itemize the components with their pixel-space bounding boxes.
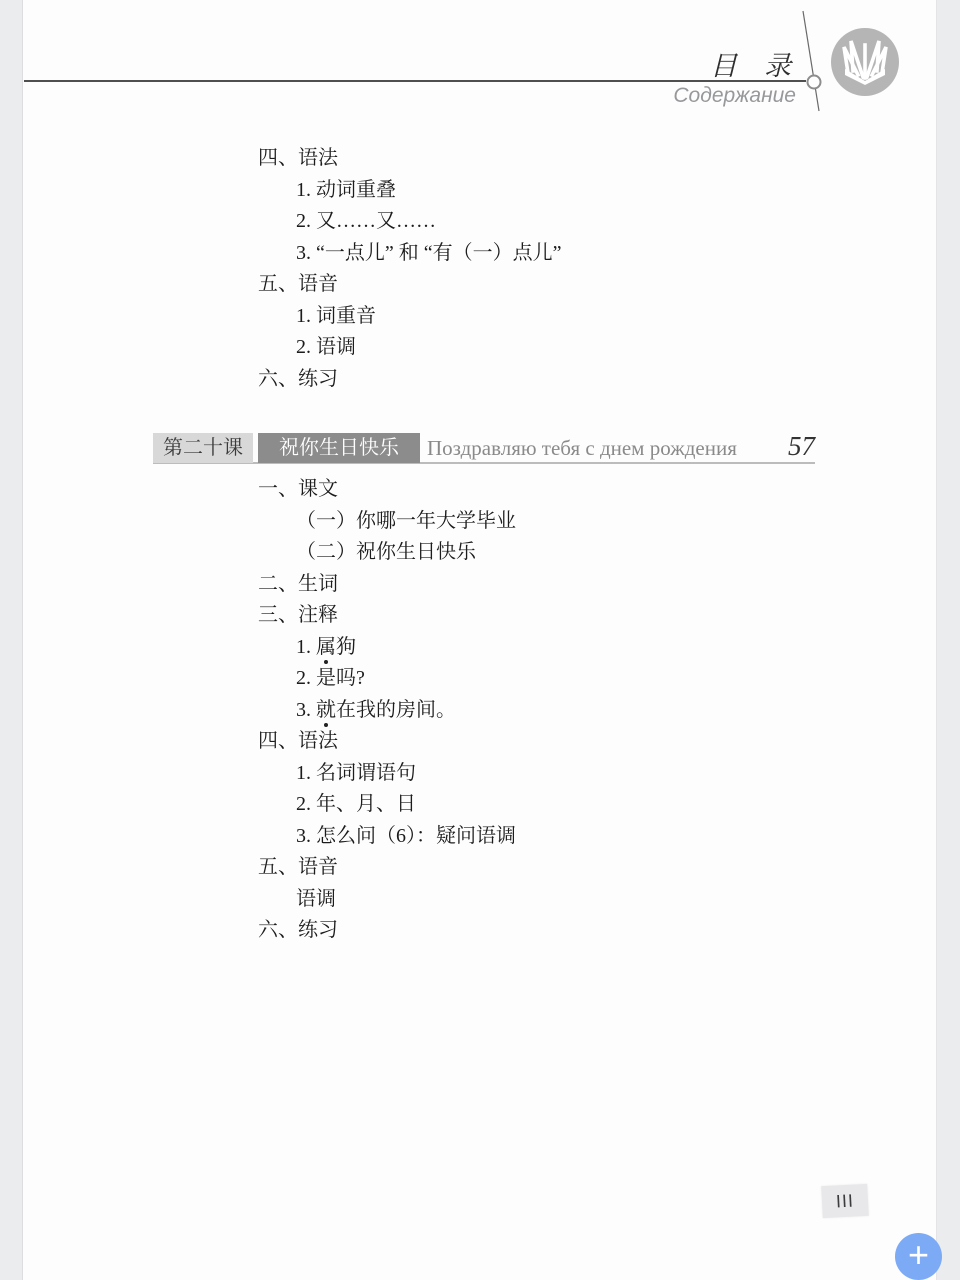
plus-icon: + (908, 1234, 929, 1275)
toc-item: 3. 就在我的房间。 (258, 695, 858, 727)
lesson-title-chinese: 祝你生日快乐 (258, 433, 420, 463)
toc-section: 二、生词 (258, 569, 858, 601)
toc-item-text: 3. (296, 699, 316, 721)
toc-lesson-20: 一、课文 （一）你哪一年大学毕业 （二）祝你生日快乐 二、生词 三、注释 1. … (258, 474, 858, 947)
toc-item: 1. 动词重叠 (258, 175, 858, 207)
toc-item: 2. 语调 (258, 332, 858, 364)
toc-section: 三、注释 (258, 600, 858, 632)
toc-previous-lesson: 四、语法 1. 动词重叠 2. 又……又…… 3. “一点儿” 和 “有（一）点… (258, 143, 858, 395)
toc-page: { "header": { "title_cn": "目 录", "title_… (0, 0, 960, 1280)
toc-item-emphasized-char: 就 (316, 695, 336, 727)
toc-item: 3. “一点儿” 和 “有（一）点儿” (258, 238, 858, 270)
divider-ornament-icon (793, 6, 833, 118)
toc-item: 语调 (258, 884, 858, 916)
add-button[interactable]: + (895, 1233, 942, 1280)
page-title: 目 录 (600, 44, 791, 83)
toc-item: 3. 怎么问（6）：疑问语调 (258, 821, 858, 853)
toc-item: 1. 名词谓语句 (258, 758, 858, 790)
scan-margin-right (936, 0, 960, 1280)
toc-section: 五、语音 (258, 269, 858, 301)
toc-item-emphasized-char: 属 (316, 632, 336, 664)
lesson-header: 第二十课 祝你生日快乐 Поздравляю тебя с днем рожде… (153, 433, 815, 463)
toc-section: 六、练习 (258, 364, 858, 396)
page-subtitle: Содержание (560, 84, 796, 108)
lesson-number-badge: 第二十课 (153, 433, 253, 463)
toc-item: 1. 属狗 (258, 632, 858, 664)
lesson-page-number: 57 (788, 430, 815, 462)
scan-margin-left (0, 0, 23, 1280)
toc-item: （一）你哪一年大学毕业 (258, 506, 858, 538)
toc-item: 2. 是吗? (258, 663, 858, 695)
toc-section: 四、语法 (258, 143, 858, 175)
toc-section: 一、课文 (258, 474, 858, 506)
toc-item: 1. 词重音 (258, 301, 858, 333)
toc-section: 六、练习 (258, 915, 858, 947)
toc-item: 2. 年、月、日 (258, 789, 858, 821)
toc-item-text: 狗 (336, 636, 356, 658)
open-book-logo-icon (830, 27, 900, 97)
toc-section: 五、语音 (258, 852, 858, 884)
toc-section: 四、语法 (258, 726, 858, 758)
toc-item-text: 1. (296, 636, 316, 658)
lesson-title-russian: Поздравляю тебя с днем рождения (427, 433, 737, 463)
toc-item: 2. 又……又…… (258, 206, 858, 238)
toc-item-text: 在我的房间。 (336, 699, 456, 721)
toc-item: （二）祝你生日快乐 (258, 537, 858, 569)
page-number-roman: III (821, 1184, 869, 1218)
